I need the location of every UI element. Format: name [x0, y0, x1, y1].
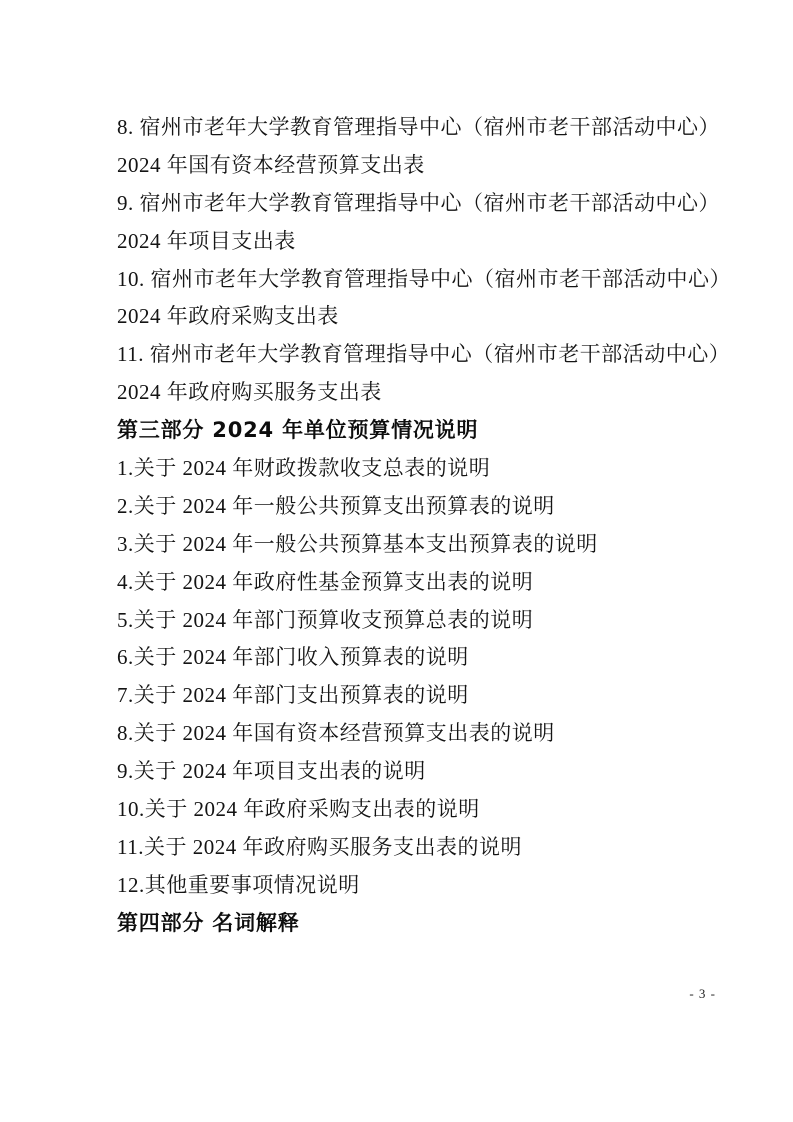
toc-line: 2024 年国有资本经营预算支出表: [117, 147, 757, 185]
toc-line: 11.关于 2024 年政府购买服务支出表的说明: [117, 829, 757, 867]
toc-heading-line: 第四部分 名词解释: [117, 905, 757, 943]
toc-line: 11. 宿州市老年大学教育管理指导中心（宿州市老干部活动中心）: [117, 336, 757, 374]
toc-line: 8.关于 2024 年国有资本经营预算支出表的说明: [117, 715, 757, 753]
toc-line: 2.关于 2024 年一般公共预算支出预算表的说明: [117, 488, 757, 526]
toc-line: 10. 宿州市老年大学教育管理指导中心（宿州市老干部活动中心）: [117, 261, 757, 299]
toc-line: 4.关于 2024 年政府性基金预算支出表的说明: [117, 564, 757, 602]
toc-content: 8. 宿州市老年大学教育管理指导中心（宿州市老干部活动中心）2024 年国有资本…: [117, 109, 757, 943]
toc-line: 9.关于 2024 年项目支出表的说明: [117, 753, 757, 791]
document-page: 8. 宿州市老年大学教育管理指导中心（宿州市老干部活动中心）2024 年国有资本…: [0, 0, 793, 1122]
toc-heading-line: 第三部分 2024 年单位预算情况说明: [117, 412, 757, 450]
toc-line: 12.其他重要事项情况说明: [117, 867, 757, 905]
toc-line: 2024 年政府购买服务支出表: [117, 374, 757, 412]
toc-line: 5.关于 2024 年部门预算收支预算总表的说明: [117, 602, 757, 640]
toc-line: 6.关于 2024 年部门收入预算表的说明: [117, 639, 757, 677]
toc-line: 10.关于 2024 年政府采购支出表的说明: [117, 791, 757, 829]
toc-line: 1.关于 2024 年财政拨款收支总表的说明: [117, 450, 757, 488]
toc-line: 7.关于 2024 年部门支出预算表的说明: [117, 677, 757, 715]
toc-line: 8. 宿州市老年大学教育管理指导中心（宿州市老干部活动中心）: [117, 109, 757, 147]
toc-line: 3.关于 2024 年一般公共预算基本支出预算表的说明: [117, 526, 757, 564]
toc-line: 2024 年项目支出表: [117, 223, 757, 261]
page-number: - 3 -: [689, 986, 716, 1002]
toc-line: 9. 宿州市老年大学教育管理指导中心（宿州市老干部活动中心）: [117, 185, 757, 223]
toc-line: 2024 年政府采购支出表: [117, 298, 757, 336]
